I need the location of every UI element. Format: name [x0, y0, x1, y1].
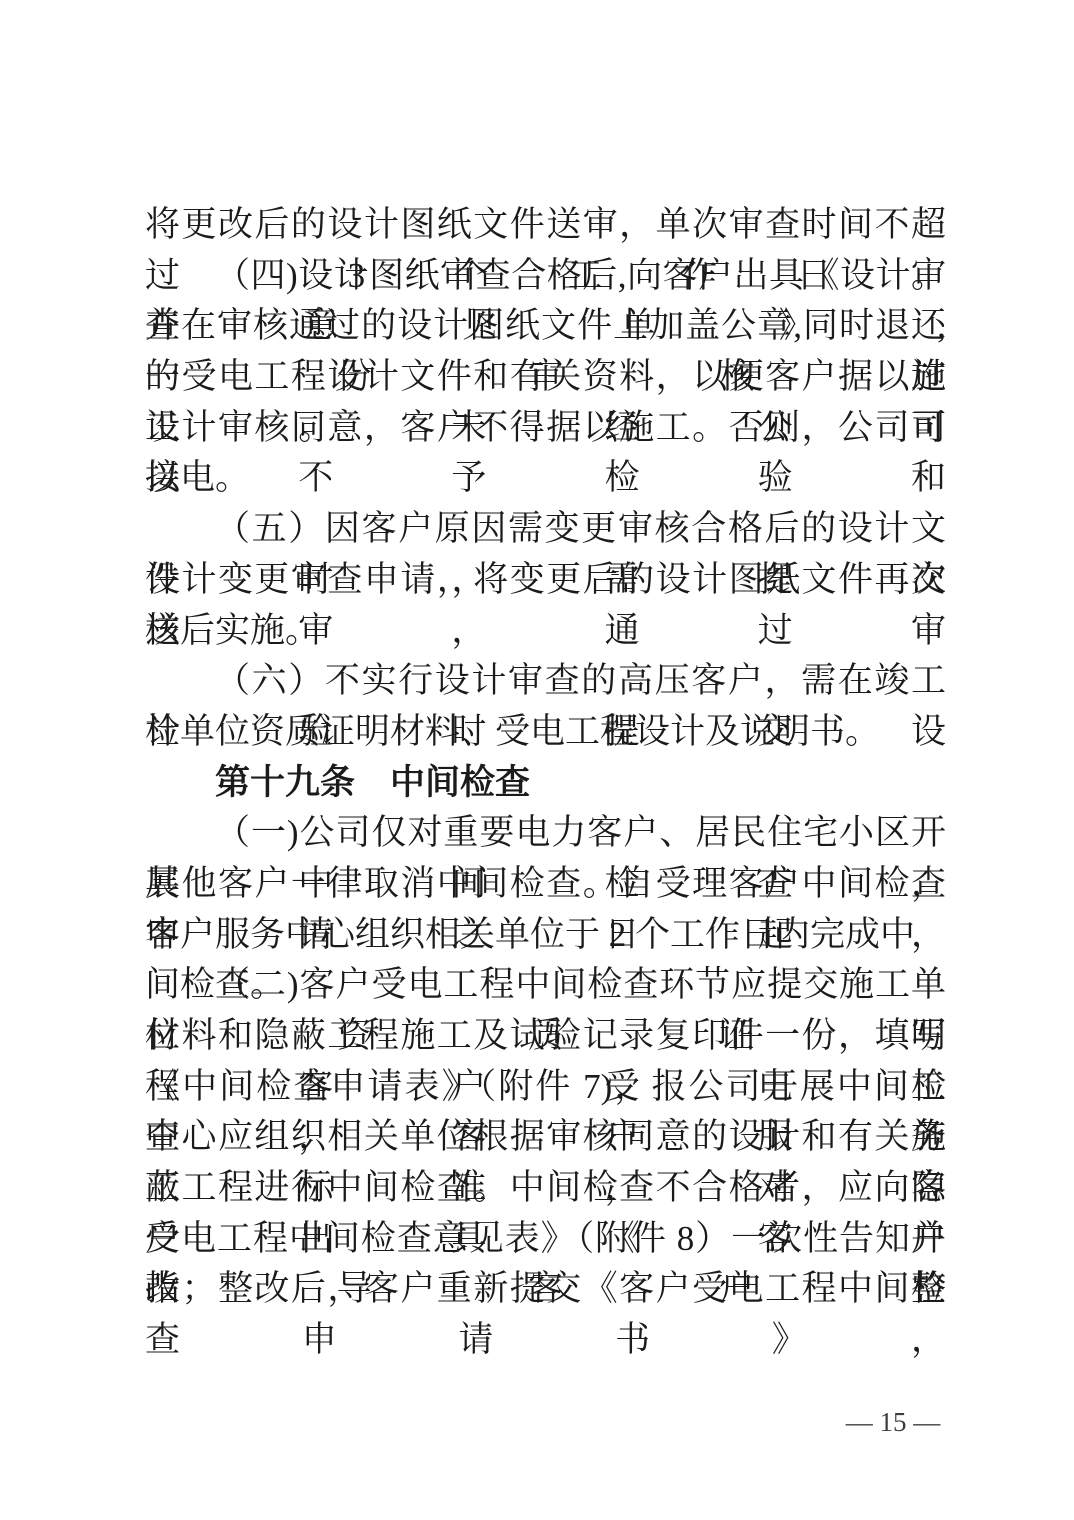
text-line: 蔽工程进行中间检查。中间检查不合格者，应向客户出具《客户 [145, 1163, 946, 1214]
text-line: （六）不实行设计审查的高压客户，需在竣工检验时提交设 [145, 656, 946, 707]
text-line: 中心应组织相关单位根据审核同意的设计和有关施工标准，对隐 [145, 1112, 946, 1163]
text-line: 其他客户一律取消中间检查。自受理客户中间检查申请之日起， [145, 859, 946, 910]
text-line: （五）因客户原因需变更审核合格后的设计文件时，需提交 [145, 504, 946, 555]
text-line: 客户服务中心组织相关单位于 2 个工作日内完成中间检查。 [145, 910, 946, 961]
text-line: （二)客户受电工程中间检查环节应提交施工单位资质证明 [145, 960, 946, 1011]
document-page: 将更改后的设计图纸文件送审，单次审查时间不超过 3 个工作日。（四)设计图纸审查… [0, 0, 1074, 1520]
text-line: 将更改后的设计图纸文件送审，单次审查时间不超过 3 个工作日。 [145, 200, 946, 251]
page-number: — 15 — [846, 1407, 941, 1437]
text-line: （四)设计图纸审查合格后,向客户出具《设计审查意见单》, [145, 251, 946, 302]
text-line: 设计审核同意，客户不得据以施工。否则，公司可以不予检验和 [145, 403, 946, 454]
text-line: 程中间检查申请表》（附件 7)，报公司开展中间检查，客户服务 [145, 1062, 946, 1113]
text-line: 设计变更审查申请，将变更后的设计图纸文件再次送审，通过审 [145, 555, 946, 606]
text-line: （一)公司仅对重要电力客户、居民住宅小区开展中间检查， [145, 808, 946, 859]
text-line: 受电工程中间检查意见表》（附件 8）一次性告知并指导客户整 [145, 1214, 946, 1265]
text-line: 改；整改后，客户重新提交《客户受电工程中间检查申请书》， [145, 1264, 946, 1315]
text-line: 计单位资质证明材料、受电工程设计及说明书。 [145, 707, 946, 758]
text-line: 并在审核通过的设计图纸文件上加盖公章,同时退还一份审核过 [145, 301, 946, 352]
page-footer: — 15 — [833, 1405, 953, 1439]
text-line: 的受电工程设计文件和有关资料，以便客户据以施工。未经公司 [145, 352, 946, 403]
article-heading: 第十九条 中间检查 [145, 758, 946, 809]
text-line: 材料和隐蔽工程施工及试验记录复印件一份，填写《客户受电工 [145, 1011, 946, 1062]
text-block: 将更改后的设计图纸文件送审，单次审查时间不超过 3 个工作日。（四)设计图纸审查… [145, 200, 946, 1315]
